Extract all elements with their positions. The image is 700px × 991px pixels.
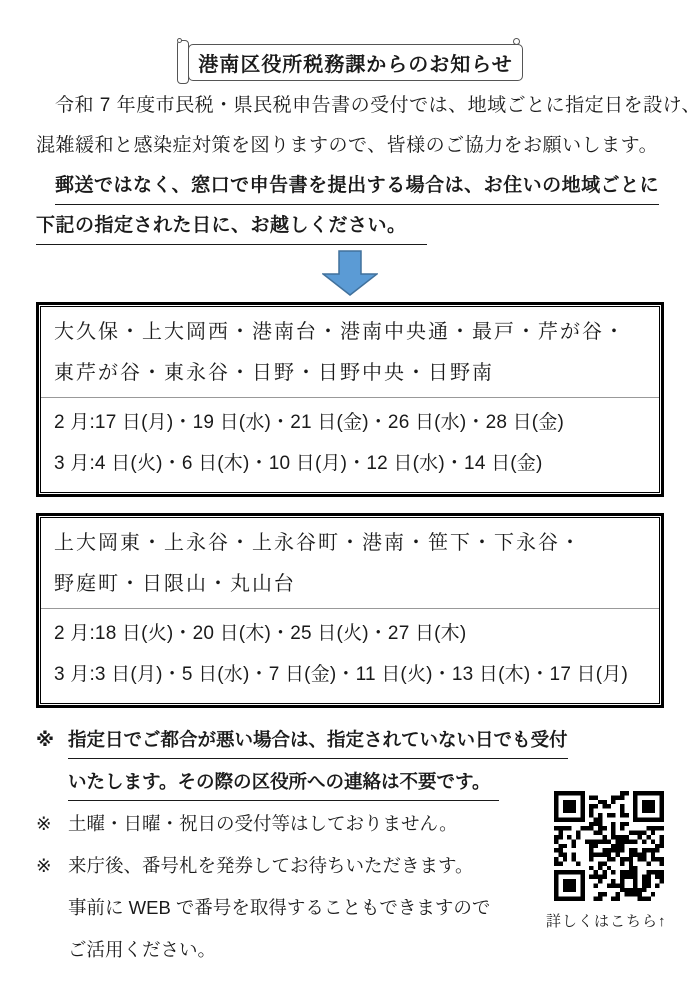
intro-paragraph: 令和 7 年度市民税・県民税申告書の受付では、地域ごとに指定日を設け、 混雑緩和… [36, 86, 664, 166]
note-line: 来庁後、番号札を発券してお待ちいただきます。 [68, 845, 490, 887]
schedule-box-2: 上大岡東・上永谷・上永谷町・港南・笹下・下永谷・ 野庭町・日限山・丸山台 2 月… [36, 513, 664, 708]
areas-line: 大久保・上大岡西・港南台・港南中央通・最戸・芹が谷・ [54, 312, 646, 353]
note-marker: ※ [36, 719, 68, 803]
note-marker: ※ [36, 803, 68, 845]
note-line: 事前に WEB で番号を取得することもできますので [68, 887, 490, 929]
instruction-line-2-text: 下記の指定された日に、お越しください。 [36, 209, 427, 245]
note-line: いたします。その際の区役所への連絡は不要です。 [68, 761, 568, 803]
note-3-body: 来庁後、番号札を発券してお待ちいただきます。 事前に WEB で番号を取得するこ… [68, 845, 490, 971]
schedule-box-2-inner: 上大岡東・上永谷・上永谷町・港南・笹下・下永谷・ 野庭町・日限山・丸山台 2 月… [40, 517, 660, 704]
dates-march: 3 月:3 日(月)・5 日(水)・7 日(金)・11 日(火)・13 日(木)… [54, 654, 646, 695]
instruction-paragraph: 郵送ではなく、窓口で申告書を提出する場合は、お住いの地域ごとに 下記の指定された… [36, 166, 664, 246]
intro-line-1: 令和 7 年度市民税・県民税申告書の受付では、地域ごとに指定日を設け、 [36, 86, 664, 126]
scroll-curl-right-icon [513, 38, 520, 45]
note-1-body: 指定日でご都合が悪い場合は、指定されていない日でも受付 いたします。その際の区役… [68, 719, 568, 803]
qr-code [554, 791, 664, 901]
title-banner: 港南区役所税務課からのお知らせ [177, 38, 523, 86]
dates-february: 2 月:17 日(月)・19 日(水)・21 日(金)・26 日(水)・28 日… [54, 402, 646, 443]
intro-line-2: 混雑緩和と感染症対策を図りますので、皆様のご協力をお願いします。 [36, 126, 664, 166]
note-line: ご活用ください。 [68, 929, 490, 971]
qr-caption: 詳しくはこちら↑ [546, 910, 664, 931]
schedule-box-1-inner: 大久保・上大岡西・港南台・港南中央通・最戸・芹が谷・ 東芹が谷・東永谷・日野・日… [40, 306, 660, 493]
note-1-line-2-text: いたします。その際の区役所への連絡は不要です。 [68, 765, 499, 801]
instruction-line-1: 郵送ではなく、窓口で申告書を提出する場合は、お住いの地域ごとに [36, 166, 664, 206]
down-arrow-icon [322, 250, 378, 296]
scroll-curl-left-icon [177, 38, 182, 43]
areas-line: 野庭町・日限山・丸山台 [54, 564, 646, 605]
note-2-body: 土曜・日曜・祝日の受付等はしておりません。 [68, 803, 458, 845]
scroll-roll-left-icon [177, 40, 189, 84]
note-1-line-1-text: 指定日でご都合が悪い場合は、指定されていない日でも受付 [68, 723, 568, 759]
note-marker: ※ [36, 845, 68, 971]
schedule-box-2-areas: 上大岡東・上永谷・上永谷町・港南・笹下・下永谷・ 野庭町・日限山・丸山台 [41, 518, 659, 608]
dates-february: 2 月:18 日(火)・20 日(木)・25 日(火)・27 日(木) [54, 613, 646, 654]
schedule-box-2-dates: 2 月:18 日(火)・20 日(木)・25 日(火)・27 日(木) 3 月:… [41, 609, 659, 703]
areas-line: 東芹が谷・東永谷・日野・日野中央・日野南 [54, 353, 646, 394]
schedule-box-1: 大久保・上大岡西・港南台・港南中央通・最戸・芹が谷・ 東芹が谷・東永谷・日野・日… [36, 302, 664, 497]
instruction-line-1-text: 郵送ではなく、窓口で申告書を提出する場合は、お住いの地域ごとに [55, 169, 659, 205]
schedule-box-1-areas: 大久保・上大岡西・港南台・港南中央通・最戸・芹が谷・ 東芹が谷・東永谷・日野・日… [41, 307, 659, 397]
instruction-line-2: 下記の指定された日に、お越しください。 [36, 206, 664, 246]
dates-march: 3 月:4 日(火)・6 日(木)・10 日(月)・12 日(水)・14 日(金… [54, 443, 646, 484]
qr-block: 詳しくはこちら↑ [546, 791, 664, 931]
note-line: 土曜・日曜・祝日の受付等はしておりません。 [68, 803, 458, 845]
notice-page: { "document": { "title": "港南区役所税務課からのお知ら… [0, 0, 700, 991]
note-line: 指定日でご都合が悪い場合は、指定されていない日でも受付 [68, 719, 568, 761]
page-title: 港南区役所税務課からのお知らせ [188, 44, 523, 81]
areas-line: 上大岡東・上永谷・上永谷町・港南・笹下・下永谷・ [54, 523, 646, 564]
schedule-box-1-dates: 2 月:17 日(月)・19 日(水)・21 日(金)・26 日(水)・28 日… [41, 398, 659, 492]
